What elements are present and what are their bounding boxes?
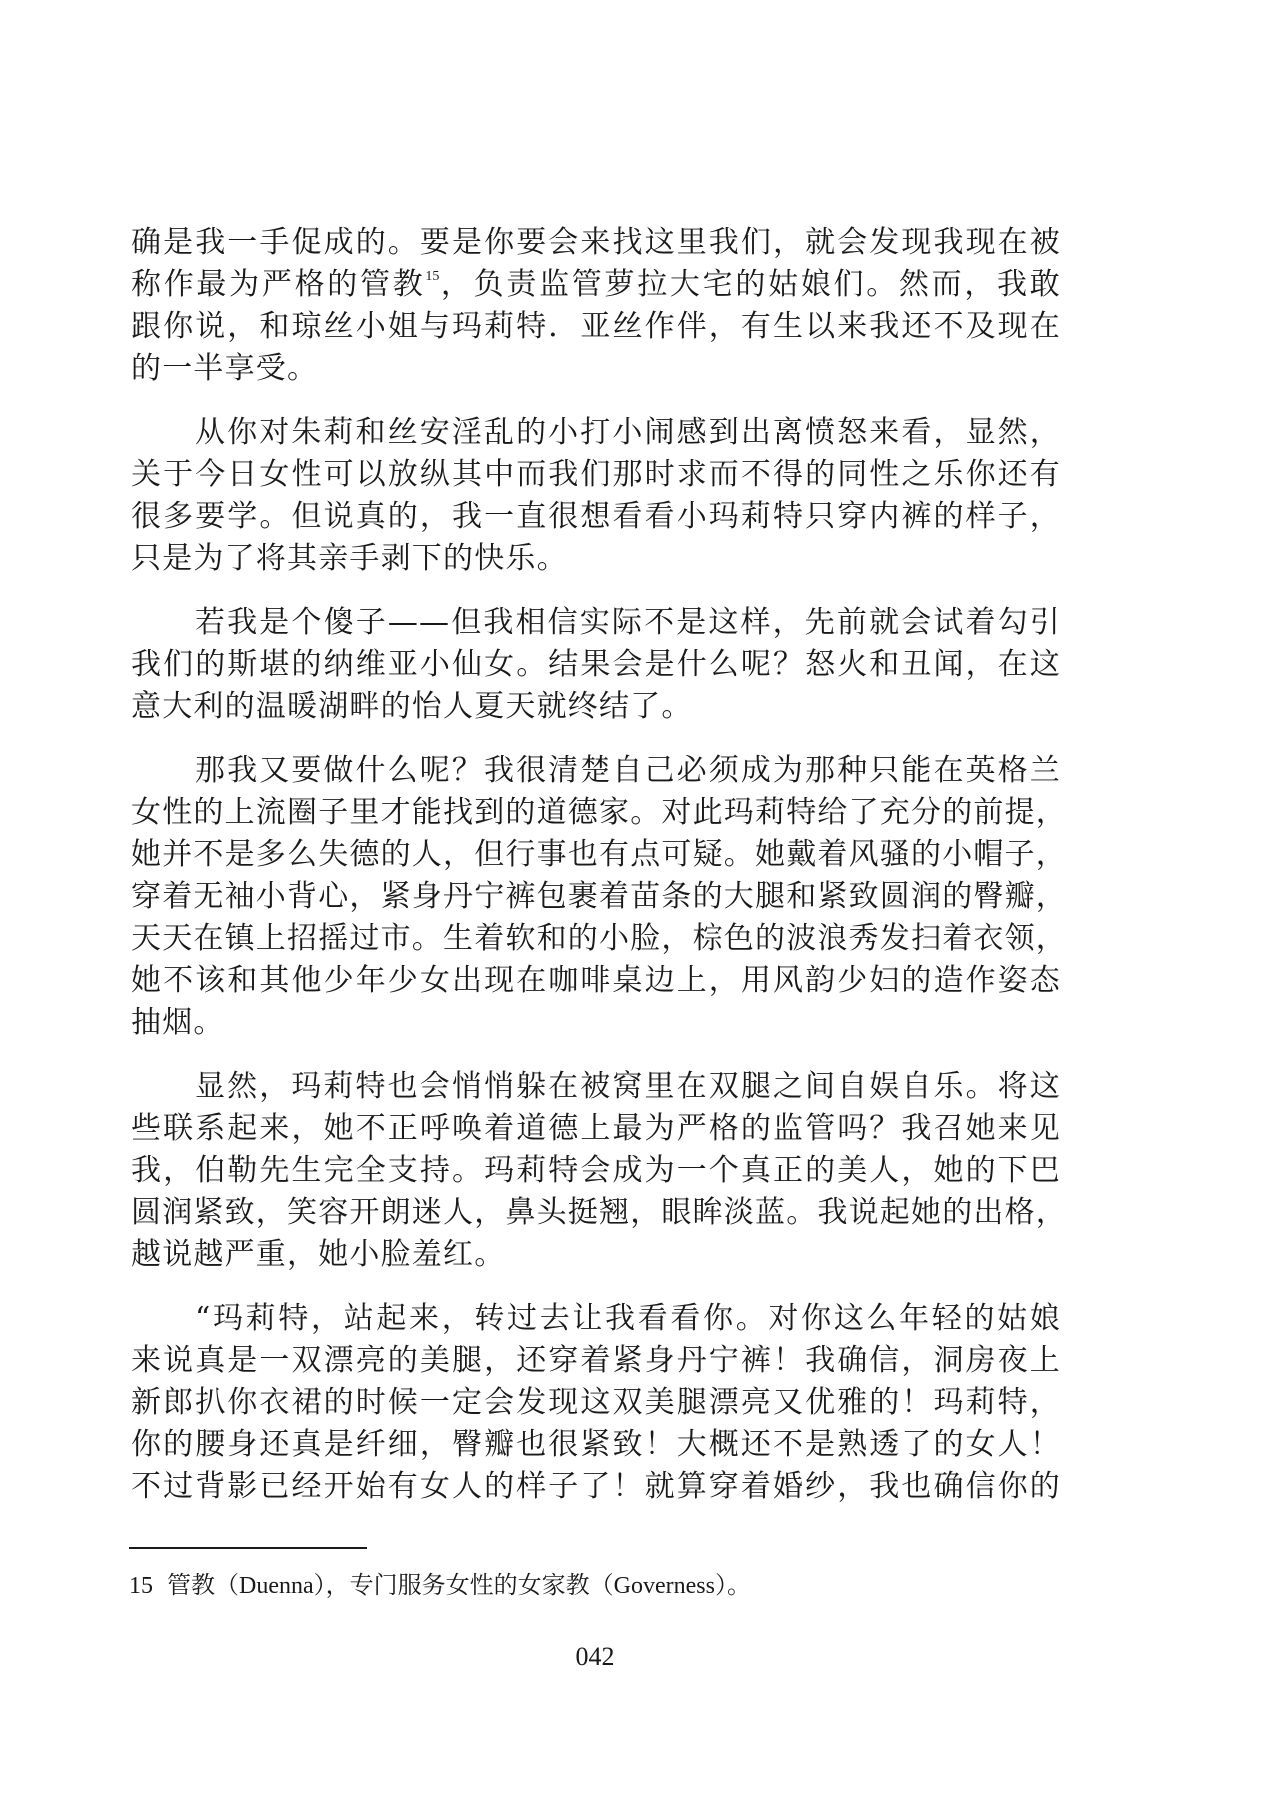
- paragraph-5: 显然，玛莉特也会悄悄躲在被窝里在双腿之间自娱自乐。将这 些联系起来，她不正呼唤着…: [131, 1066, 1061, 1276]
- book-page: 确是我一手促成的。要是你要会来找这里我们，就会发现我现在被 称作最为严格的管教1…: [0, 0, 1280, 1816]
- paragraph-1: 确是我一手促成的。要是你要会来找这里我们，就会发现我现在被 称作最为严格的管教1…: [131, 222, 1061, 390]
- text-line: 意大利的温暖湖畔的怡人夏天就终结了。: [131, 686, 1061, 728]
- footnote-reference[interactable]: 15: [425, 269, 439, 284]
- footnote: 15管教（Duenna），专门服务女性的女家教（Governess）。: [129, 1570, 751, 1602]
- text-line: 些联系起来，她不正呼唤着道德上最为严格的监管吗？我召她来见: [131, 1108, 1061, 1150]
- text-line: 我，伯勒先生完全支持。玛莉特会成为一个真正的美人，她的下巴: [131, 1150, 1061, 1192]
- text-line: 显然，玛莉特也会悄悄躲在被窝里在双腿之间自娱自乐。将这: [131, 1066, 1061, 1108]
- text-line: 抽烟。: [131, 1002, 1061, 1044]
- text-line: 天天在镇上招摇过市。生着软和的小脸，棕色的波浪秀发扫着衣领，: [131, 918, 1061, 960]
- text-line: 确是我一手促成的。要是你要会来找这里我们，就会发现我现在被: [131, 222, 1061, 264]
- paragraph-2: 从你对朱莉和丝安淫乱的小打小闹感到出离愤怒来看，显然， 关于今日女性可以放纵其中…: [131, 412, 1061, 580]
- text-line: 她不该和其他少年少女出现在咖啡桌边上，用风韵少妇的造作姿态: [131, 960, 1061, 1002]
- body-text: 确是我一手促成的。要是你要会来找这里我们，就会发现我现在被 称作最为严格的管教1…: [131, 222, 1061, 1530]
- text-line: 越说越严重，她小脸羞红。: [131, 1234, 1061, 1276]
- text-line: 只是为了将其亲手剥下的快乐。: [131, 538, 1061, 580]
- paragraph-3: 若我是个傻子——但我相信实际不是这样，先前就会试着勾引 我们的斯堪的纳维亚小仙女…: [131, 602, 1061, 728]
- text-line: 我们的斯堪的纳维亚小仙女。结果会是什么呢？怒火和丑闻，在这: [131, 644, 1061, 686]
- text-line: 她并不是多么失德的人，但行事也有点可疑。她戴着风骚的小帽子，: [131, 834, 1061, 876]
- text-line: 跟你说，和琼丝小姐与玛莉特．亚丝作伴，有生以来我还不及现在: [131, 306, 1061, 348]
- text-line: 你的腰身还真是纤细，臀瓣也很紧致！大概还不是熟透了的女人！: [131, 1424, 1061, 1466]
- text-line: 很多要学。但说真的，我一直很想看看小玛莉特只穿内裤的样子，: [131, 496, 1061, 538]
- text-line: 关于今日女性可以放纵其中而我们那时求而不得的同性之乐你还有: [131, 454, 1061, 496]
- text-line: 女性的上流圈子里才能找到的道德家。对此玛莉特给了充分的前提，: [131, 792, 1061, 834]
- text-line: 穿着无袖小背心，紧身丹宁裤包裹着苗条的大腿和紧致圆润的臀瓣，: [131, 876, 1061, 918]
- footnote-text: 管教（Duenna），专门服务女性的女家教（Governess）。: [167, 1573, 751, 1599]
- text-line: 来说真是一双漂亮的美腿，还穿着紧身丹宁裤！我确信，洞房夜上: [131, 1340, 1061, 1382]
- text-line: “玛莉特，站起来，转过去让我看看你。对你这么年轻的姑娘: [131, 1298, 1061, 1340]
- text-segment: ，负责监管萝拉大宅的姑娘们。然而，我敢: [439, 267, 1061, 302]
- text-line: 从你对朱莉和丝安淫乱的小打小闹感到出离愤怒来看，显然，: [131, 412, 1061, 454]
- text-segment: 称作最为严格的管教: [131, 267, 425, 302]
- text-line: 圆润紧致，笑容开朗迷人，鼻头挺翘，眼眸淡蓝。我说起她的出格，: [131, 1192, 1061, 1234]
- text-line: 新郎扒你衣裙的时候一定会发现这双美腿漂亮又优雅的！玛莉特，: [131, 1382, 1061, 1424]
- footnote-separator: [129, 1547, 367, 1549]
- paragraph-6: “玛莉特，站起来，转过去让我看看你。对你这么年轻的姑娘 来说真是一双漂亮的美腿，…: [131, 1298, 1061, 1508]
- paragraph-4: 那我又要做什么呢？我很清楚自己必须成为那种只能在英格兰 女性的上流圈子里才能找到…: [131, 750, 1061, 1044]
- text-line-with-footnote: 称作最为严格的管教15，负责监管萝拉大宅的姑娘们。然而，我敢: [131, 264, 1061, 306]
- page-number: 042: [0, 1642, 1190, 1672]
- footnote-number: 15: [129, 1570, 157, 1602]
- text-line: 不过背影已经开始有女人的样子了！就算穿着婚纱，我也确信你的: [131, 1466, 1061, 1508]
- text-line: 那我又要做什么呢？我很清楚自己必须成为那种只能在英格兰: [131, 750, 1061, 792]
- text-line: 的一半享受。: [131, 348, 1061, 390]
- text-line: 若我是个傻子——但我相信实际不是这样，先前就会试着勾引: [131, 602, 1061, 644]
